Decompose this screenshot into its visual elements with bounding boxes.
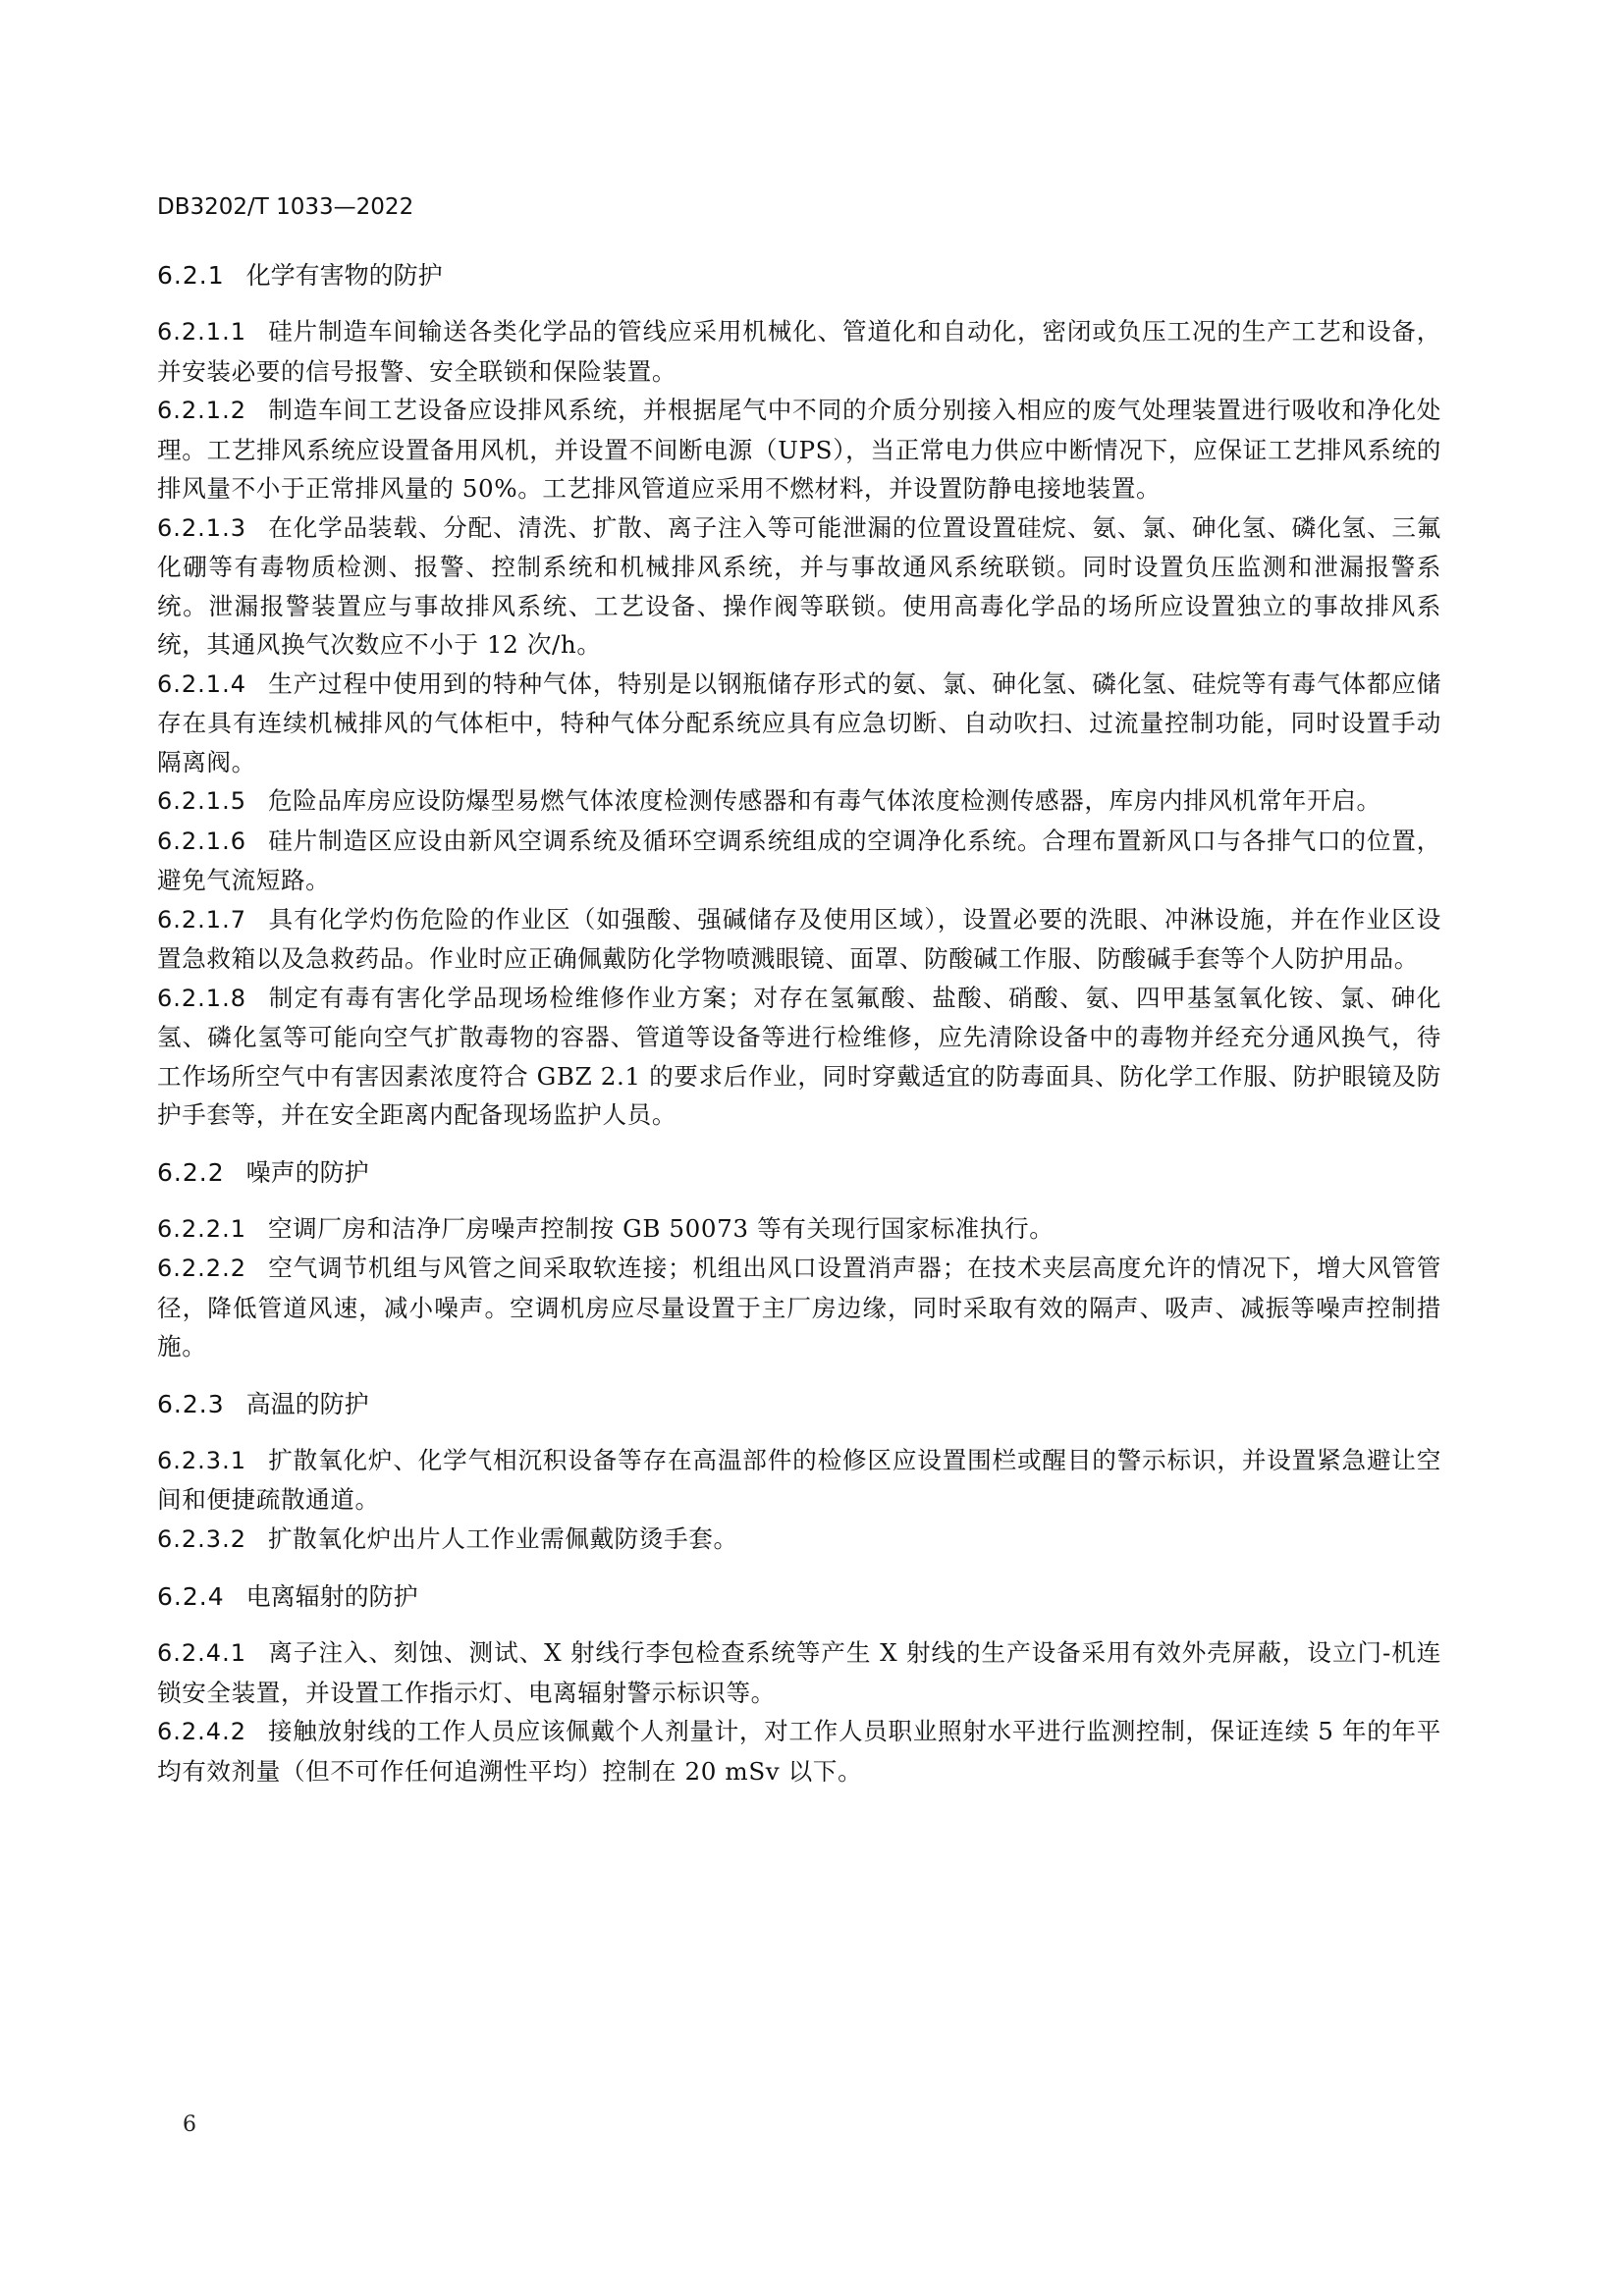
clause-6-2-1-2: 6.2.1.2制造车间工艺设备应设排风系统，并根据尾气中不同的介质分别接入相应的…	[157, 391, 1441, 508]
clause-6-2-1-7: 6.2.1.7具有化学灼伤危险的作业区（如强酸、强碱储存及使用区域），设置必要的…	[157, 900, 1441, 979]
clause-text: 扩散氧化炉、化学气相沉积设备等存在高温部件的检修区应设置围栏或醒目的警示标识，并…	[157, 1446, 1441, 1515]
clause-text: 具有化学灼伤危险的作业区（如强酸、强碱储存及使用区域），设置必要的洗眼、冲淋设施…	[157, 905, 1441, 974]
clause-number: 6.2.1.1	[157, 318, 246, 346]
section-6-2-2: 6.2.2噪声的防护 6.2.2.1空调厂房和洁净厂房噪声控制按 GB 5007…	[157, 1154, 1441, 1366]
section-spacer	[157, 1135, 1441, 1154]
section-heading: 6.2.1化学有害物的防护	[157, 257, 1441, 294]
document-body: 6.2.1化学有害物的防护 6.2.1.1硅片制造车间输送各类化学品的管线应采用…	[157, 257, 1441, 1790]
clause-text: 在化学品装载、分配、清洗、扩散、离子注入等可能泄漏的位置设置硅烷、氨、氯、砷化氢…	[157, 513, 1441, 660]
clause-6-2-1-4: 6.2.1.4生产过程中使用到的特种气体，特别是以钢瓶储存形式的氨、氯、砷化氢、…	[157, 665, 1441, 782]
clause-6-2-3-2: 6.2.3.2扩散氧化炉出片人工作业需佩戴防烫手套。	[157, 1520, 1441, 1560]
document-code-header: DB3202/T 1033—2022	[157, 194, 413, 220]
page-number: 6	[183, 2112, 196, 2137]
section-number: 6.2.1	[157, 257, 225, 294]
clause-text: 硅片制造区应设由新风空调系统及循环空调系统组成的空调净化系统。合理布置新风口与各…	[157, 827, 1441, 895]
clause-6-2-1-5: 6.2.1.5危险品库房应设防爆型易燃气体浓度检测传感器和有毒气体浓度检测传感器…	[157, 781, 1441, 822]
clause-6-2-4-2: 6.2.4.2接触放射线的工作人员应该佩戴个人剂量计，对工作人员职业照射水平进行…	[157, 1712, 1441, 1790]
section-spacer	[157, 1559, 1441, 1578]
clause-text: 制造车间工艺设备应设排风系统，并根据尾气中不同的介质分别接入相应的废气处理装置进…	[157, 396, 1441, 503]
clause-text: 空调厂房和洁净厂房噪声控制按 GB 50073 等有关现行国家标准执行。	[268, 1214, 1054, 1243]
clause-text: 扩散氧化炉出片人工作业需佩戴防烫手套。	[268, 1524, 738, 1553]
clause-text: 空气调节机组与风管之间采取软连接；机组出风口设置消声器；在技术夹层高度允许的情况…	[157, 1254, 1441, 1361]
clause-6-2-2-1: 6.2.2.1空调厂房和洁净厂房噪声控制按 GB 50073 等有关现行国家标准…	[157, 1209, 1441, 1250]
section-heading: 6.2.2噪声的防护	[157, 1154, 1441, 1192]
clause-number: 6.2.1.7	[157, 906, 246, 934]
clause-number: 6.2.1.2	[157, 397, 246, 424]
clause-number: 6.2.2.1	[157, 1215, 246, 1243]
clause-text: 生产过程中使用到的特种气体，特别是以钢瓶储存形式的氨、氯、砷化氢、磷化氢、硅烷等…	[157, 669, 1441, 776]
clause-number: 6.2.1.6	[157, 828, 246, 855]
clause-6-2-1-3: 6.2.1.3在化学品装载、分配、清洗、扩散、离子注入等可能泄漏的位置设置硅烷、…	[157, 508, 1441, 665]
clause-6-2-4-1: 6.2.4.1离子注入、刻蚀、测试、X 射线行李包检查系统等产生 X 射线的生产…	[157, 1633, 1441, 1712]
clause-number: 6.2.1.4	[157, 670, 246, 698]
clause-text: 硅片制造车间输送各类化学品的管线应采用机械化、管道化和自动化，密闭或负压工况的生…	[157, 317, 1441, 386]
clause-number: 6.2.1.3	[157, 514, 246, 542]
clause-6-2-1-6: 6.2.1.6硅片制造区应设由新风空调系统及循环空调系统组成的空调净化系统。合理…	[157, 822, 1441, 900]
clause-text: 离子注入、刻蚀、测试、X 射线行李包检查系统等产生 X 射线的生产设备采用有效外…	[157, 1638, 1441, 1707]
clause-6-2-3-1: 6.2.3.1扩散氧化炉、化学气相沉积设备等存在高温部件的检修区应设置围栏或醒目…	[157, 1441, 1441, 1520]
clause-text: 接触放射线的工作人员应该佩戴个人剂量计，对工作人员职业照射水平进行监测控制，保证…	[157, 1717, 1441, 1786]
section-title: 高温的防护	[246, 1390, 369, 1418]
section-6-2-4: 6.2.4电离辐射的防护 6.2.4.1离子注入、刻蚀、测试、X 射线行李包检查…	[157, 1578, 1441, 1790]
section-title: 化学有害物的防护	[246, 261, 443, 290]
clause-6-2-1-8: 6.2.1.8制定有毒有害化学品现场检维修作业方案；对存在氢氟酸、盐酸、硝酸、氨…	[157, 979, 1441, 1135]
clause-number: 6.2.4.2	[157, 1718, 246, 1745]
section-6-2-3: 6.2.3高温的防护 6.2.3.1扩散氧化炉、化学气相沉积设备等存在高温部件的…	[157, 1386, 1441, 1560]
clause-number: 6.2.1.5	[157, 787, 246, 815]
section-number: 6.2.3	[157, 1386, 225, 1423]
clause-6-2-2-2: 6.2.2.2空气调节机组与风管之间采取软连接；机组出风口设置消声器；在技术夹层…	[157, 1249, 1441, 1366]
clause-number: 6.2.3.1	[157, 1447, 246, 1474]
clause-text: 危险品库房应设防爆型易燃气体浓度检测传感器和有毒气体浓度检测传感器，库房内排风机…	[268, 786, 1381, 815]
section-number: 6.2.2	[157, 1154, 225, 1192]
clause-number: 6.2.3.2	[157, 1525, 246, 1553]
section-title: 电离辐射的防护	[246, 1582, 418, 1611]
section-6-2-1: 6.2.1化学有害物的防护 6.2.1.1硅片制造车间输送各类化学品的管线应采用…	[157, 257, 1441, 1135]
section-number: 6.2.4	[157, 1578, 225, 1616]
clause-number: 6.2.1.8	[157, 985, 246, 1012]
clause-6-2-1-1: 6.2.1.1硅片制造车间输送各类化学品的管线应采用机械化、管道化和自动化，密闭…	[157, 312, 1441, 391]
section-spacer	[157, 1366, 1441, 1386]
section-heading: 6.2.4电离辐射的防护	[157, 1578, 1441, 1616]
clause-number: 6.2.4.1	[157, 1639, 246, 1667]
clause-number: 6.2.2.2	[157, 1255, 246, 1282]
section-heading: 6.2.3高温的防护	[157, 1386, 1441, 1423]
section-title: 噪声的防护	[246, 1158, 369, 1187]
clause-text: 制定有毒有害化学品现场检维修作业方案；对存在氢氟酸、盐酸、硝酸、氨、四甲基氢氧化…	[157, 984, 1441, 1130]
